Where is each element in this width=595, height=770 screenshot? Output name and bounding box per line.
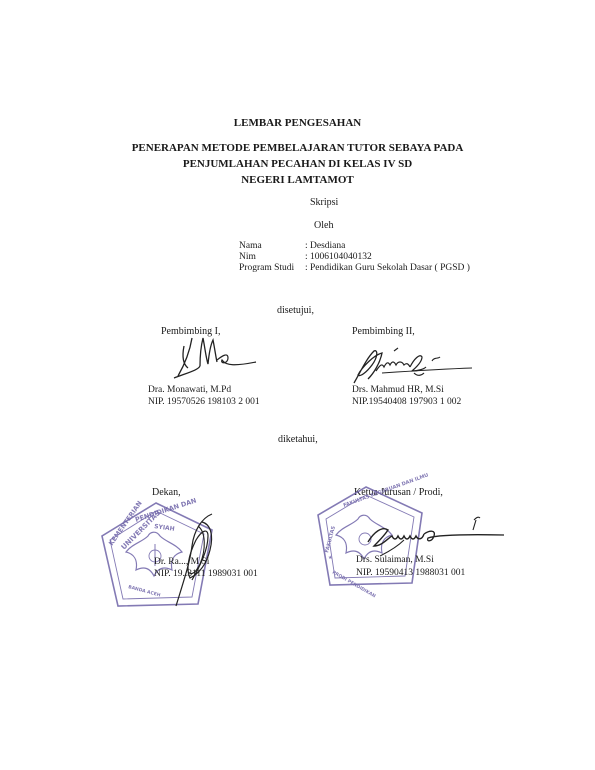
- supervisor-1-nip: NIP. 19570526 198103 2 001: [148, 397, 260, 407]
- svg-text:★: ★: [328, 555, 333, 561]
- by-label: Oleh: [314, 220, 333, 231]
- document-type: Skripsi: [310, 197, 338, 208]
- supervisor-2-role: Pembimbing II,: [352, 326, 415, 337]
- student-nim-label: Nim: [239, 252, 256, 262]
- thesis-title-line-1: PENERAPAN METODE PEMBELAJARAN TUTOR SEBA…: [0, 142, 595, 154]
- student-nim-value: : 1006104040132: [305, 252, 372, 262]
- supervisor-1-signature: [170, 332, 260, 382]
- student-program-value: : Pendidikan Guru Sekolah Dasar ( PGSD ): [305, 263, 470, 273]
- thesis-title-line-2: PENJUMLAHAN PECAHAN DI KELAS IV SD: [0, 158, 595, 170]
- head-of-department-name: Drs. Sulaiman, M.Si: [356, 555, 434, 565]
- student-name-value: : Desdiana: [305, 241, 345, 251]
- student-program-label: Program Studi: [239, 263, 294, 273]
- supervisor-2-name: Drs. Mahmud HR, M.Si: [352, 385, 444, 395]
- svg-text:FAKULTAS KEGURUAN DAN ILMU: FAKULTAS KEGURUAN DAN ILMU: [343, 472, 430, 508]
- student-name-label: Nama: [239, 241, 262, 251]
- svg-text:FAKULTAS: FAKULTAS: [324, 525, 337, 553]
- supervisor-2-signature: [352, 345, 472, 385]
- supervisor-1-name: Dra. Monawati, M.Pd: [148, 385, 231, 395]
- head-of-department-nip: NIP. 19590413 1988031 001: [356, 568, 465, 578]
- svg-text:BANDA ACEH: BANDA ACEH: [127, 584, 161, 598]
- dean-nip: NIP. 19..3111 1989031 001: [154, 569, 258, 579]
- dean-role: Dekan,: [152, 487, 181, 498]
- approved-label: disetujui,: [277, 305, 314, 316]
- supervisor-2-nip: NIP.19540408 197903 1 002: [352, 397, 461, 407]
- dean-name: Dr. Ra..., M.Si: [154, 557, 209, 567]
- acknowledged-label: diketahui,: [278, 434, 318, 445]
- page-heading: LEMBAR PENGESAHAN: [0, 117, 595, 129]
- thesis-title-line-3: NEGERI LAMTAMOT: [0, 174, 595, 186]
